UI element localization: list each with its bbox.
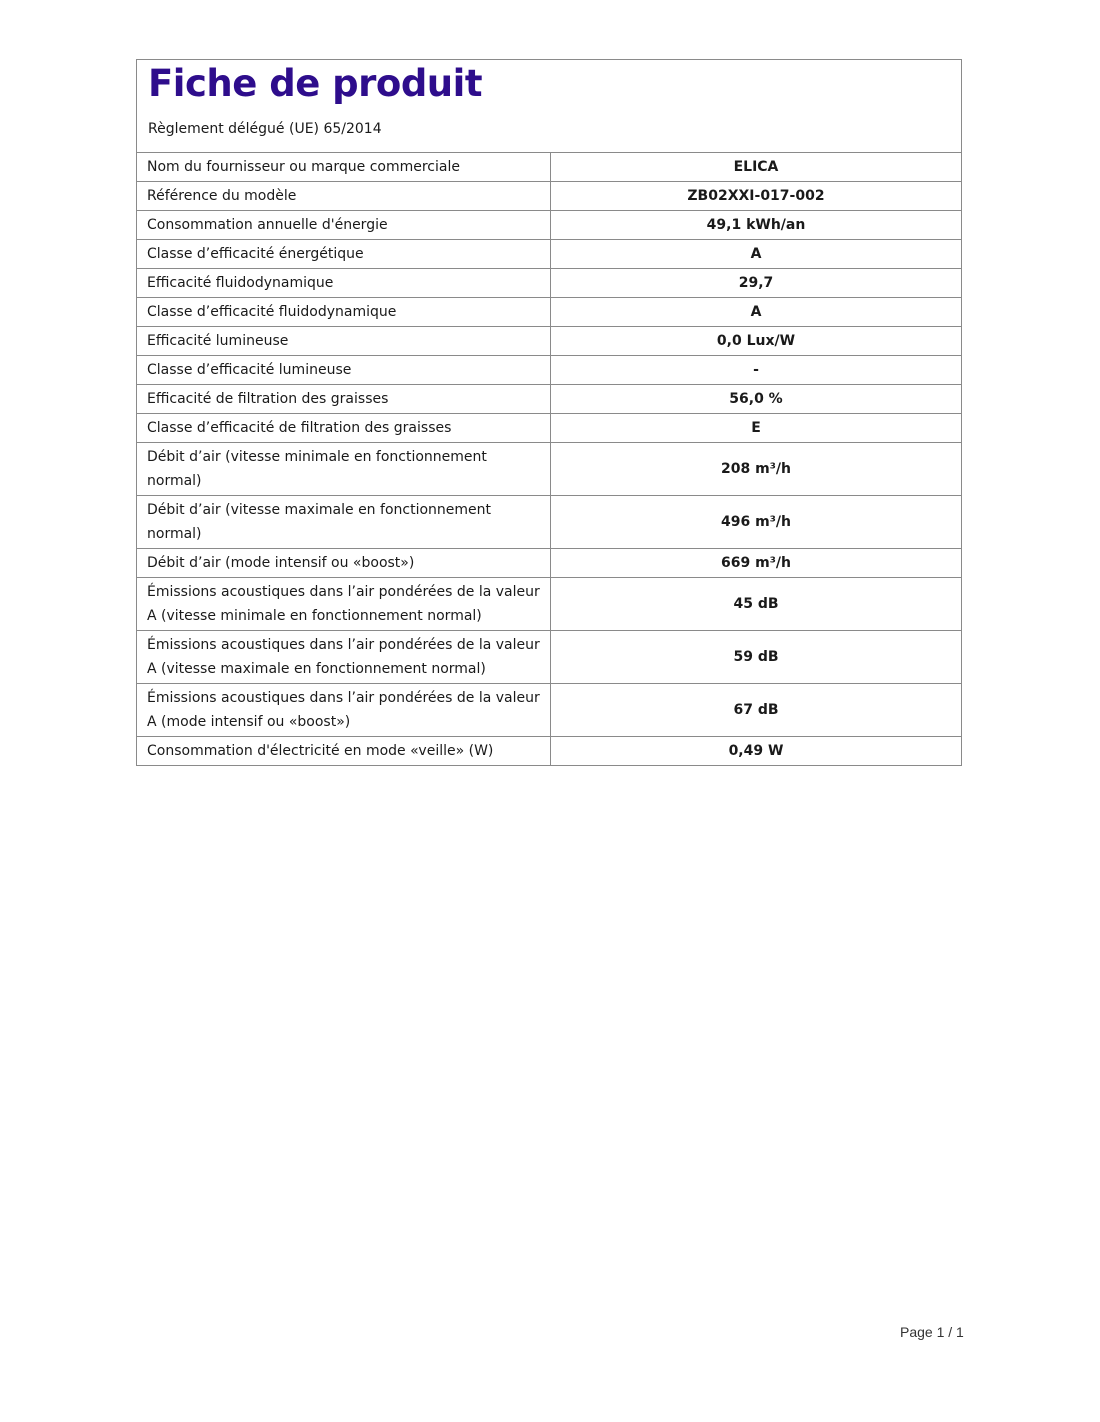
table-row: Efficacité de filtration des graisses56,… bbox=[137, 385, 961, 414]
row-value: 0,0 Lux/W bbox=[551, 327, 962, 356]
row-value: 67 dB bbox=[551, 684, 962, 737]
table-row: Émissions acoustiques dans l’air pondéré… bbox=[137, 684, 961, 737]
row-label: Nom du fournisseur ou marque commerciale bbox=[137, 153, 551, 182]
row-label: Efficacité de filtration des graisses bbox=[137, 385, 551, 414]
row-value: 208 m³/h bbox=[551, 443, 962, 496]
row-value: ZB02XXI-017-002 bbox=[551, 182, 962, 211]
row-label: Émissions acoustiques dans l’air pondéré… bbox=[137, 578, 551, 631]
row-value: 56,0 % bbox=[551, 385, 962, 414]
row-label: Classe d’efficacité de filtration des gr… bbox=[137, 414, 551, 443]
table-row: Débit d’air (vitesse minimale en fonctio… bbox=[137, 443, 961, 496]
table-row: Débit d’air (mode intensif ou «boost»)66… bbox=[137, 549, 961, 578]
table-row: Consommation d'électricité en mode «veil… bbox=[137, 737, 961, 766]
row-value: 496 m³/h bbox=[551, 496, 962, 549]
regulation-subtitle: Règlement délégué (UE) 65/2014 bbox=[148, 121, 382, 137]
row-value: 59 dB bbox=[551, 631, 962, 684]
table-row: Référence du modèleZB02XXI-017-002 bbox=[137, 182, 961, 211]
table-row: Classe d’efficacité lumineuse- bbox=[137, 356, 961, 385]
row-value: E bbox=[551, 414, 962, 443]
product-sheet: Fiche de produit Règlement délégué (UE) … bbox=[136, 59, 962, 766]
row-label: Débit d’air (mode intensif ou «boost») bbox=[137, 549, 551, 578]
row-label: Classe d’efficacité énergétique bbox=[137, 240, 551, 269]
row-value: - bbox=[551, 356, 962, 385]
row-label: Débit d’air (vitesse maximale en fonctio… bbox=[137, 496, 551, 549]
table-row: Émissions acoustiques dans l’air pondéré… bbox=[137, 631, 961, 684]
row-label: Consommation d'électricité en mode «veil… bbox=[137, 737, 551, 766]
row-value: 29,7 bbox=[551, 269, 962, 298]
table-row: Efficacité lumineuse0,0 Lux/W bbox=[137, 327, 961, 356]
page-title: Fiche de produit bbox=[148, 62, 482, 105]
table-row: Classe d’efficacité de filtration des gr… bbox=[137, 414, 961, 443]
row-value: ELICA bbox=[551, 153, 962, 182]
page-number: Page 1 / 1 bbox=[900, 1324, 964, 1340]
table-row: Émissions acoustiques dans l’air pondéré… bbox=[137, 578, 961, 631]
sheet-header: Fiche de produit Règlement délégué (UE) … bbox=[137, 60, 961, 153]
table-row: Efficacité fluidodynamique29,7 bbox=[137, 269, 961, 298]
row-label: Classe d’efficacité fluidodynamique bbox=[137, 298, 551, 327]
product-table: Nom du fournisseur ou marque commerciale… bbox=[137, 153, 961, 765]
table-row: Classe d’efficacité énergétiqueA bbox=[137, 240, 961, 269]
row-label: Consommation annuelle d'énergie bbox=[137, 211, 551, 240]
table-row: Nom du fournisseur ou marque commerciale… bbox=[137, 153, 961, 182]
row-value: 49,1 kWh/an bbox=[551, 211, 962, 240]
row-value: 0,49 W bbox=[551, 737, 962, 766]
table-row: Débit d’air (vitesse maximale en fonctio… bbox=[137, 496, 961, 549]
row-value: 45 dB bbox=[551, 578, 962, 631]
row-label: Classe d’efficacité lumineuse bbox=[137, 356, 551, 385]
row-value: A bbox=[551, 298, 962, 327]
table-row: Consommation annuelle d'énergie49,1 kWh/… bbox=[137, 211, 961, 240]
row-label: Efficacité lumineuse bbox=[137, 327, 551, 356]
row-label: Débit d’air (vitesse minimale en fonctio… bbox=[137, 443, 551, 496]
row-label: Émissions acoustiques dans l’air pondéré… bbox=[137, 631, 551, 684]
table-row: Classe d’efficacité fluidodynamiqueA bbox=[137, 298, 961, 327]
row-label: Émissions acoustiques dans l’air pondéré… bbox=[137, 684, 551, 737]
row-value: A bbox=[551, 240, 962, 269]
row-label: Référence du modèle bbox=[137, 182, 551, 211]
row-value: 669 m³/h bbox=[551, 549, 962, 578]
row-label: Efficacité fluidodynamique bbox=[137, 269, 551, 298]
